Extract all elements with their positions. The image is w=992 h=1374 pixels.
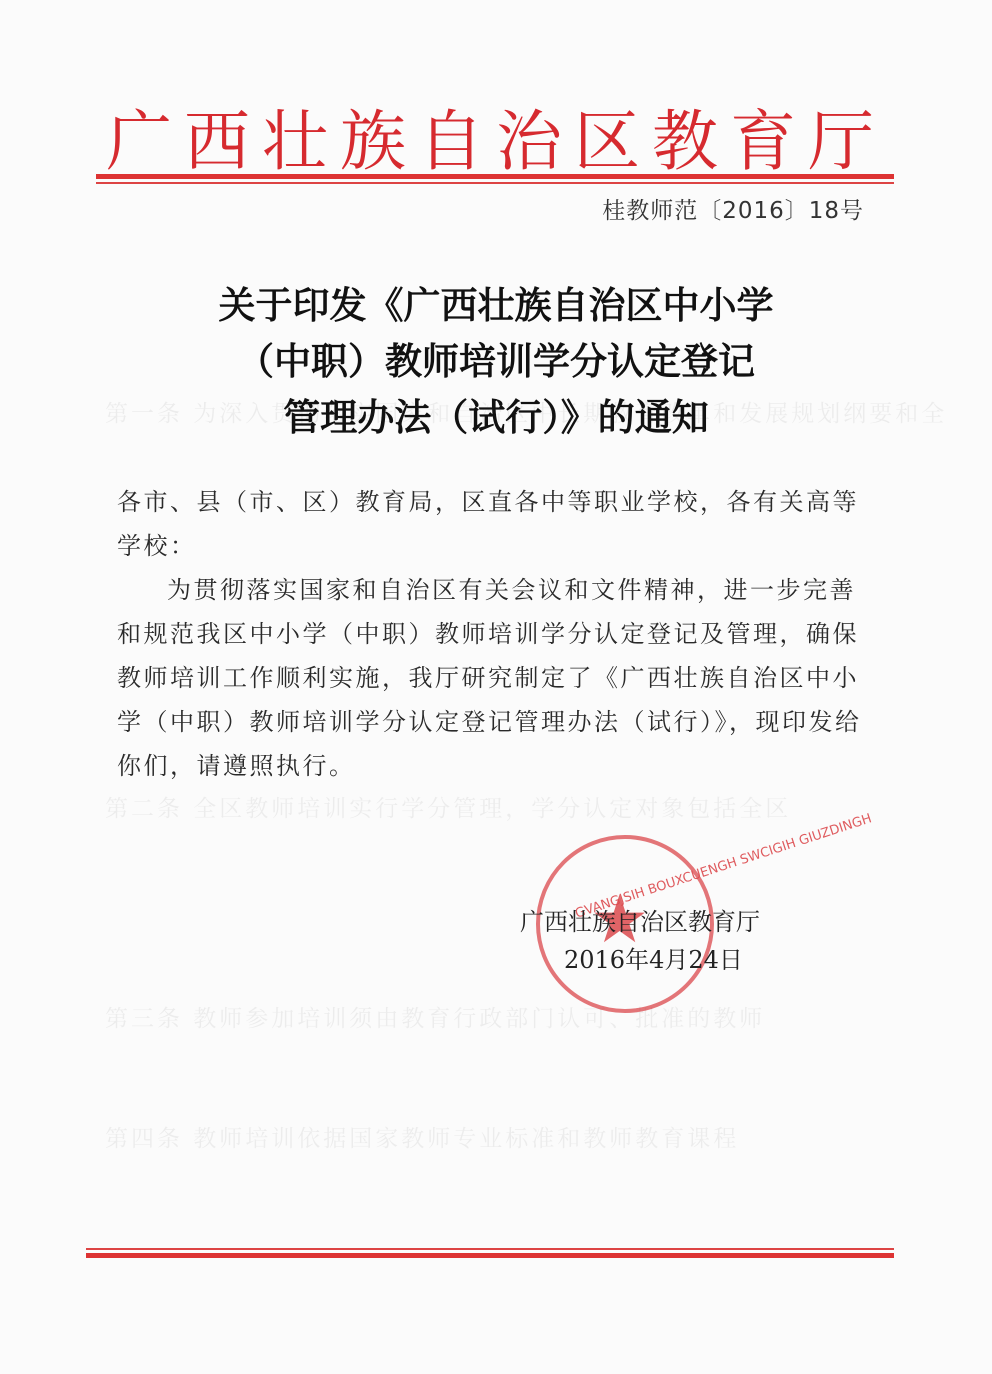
- bleed-through-text: 第四条 教师培训依据国家教师专业标准和教师教育课程: [105, 1120, 739, 1153]
- bottom-divider-thin: [86, 1248, 894, 1250]
- title-line: （中职）教师培训学分认定登记: [0, 333, 992, 389]
- document-number: 桂教师范〔2016〕18号: [602, 192, 864, 225]
- title-line: 关于印发《广西壮族自治区中小学: [0, 277, 992, 333]
- bleed-through-text: 第三条 教师参加培训须由教育行政部门认可、批准的教师: [105, 1000, 765, 1033]
- issue-date: 2016年4月24日: [520, 941, 760, 979]
- signature-block: 广西壮族自治区教育厅 2016年4月24日: [520, 903, 760, 979]
- addressee: 各市、县（市、区）教育局，区直各中等职业学校，各有关高等学校：: [117, 480, 872, 568]
- top-divider-thick: [96, 174, 894, 179]
- document-title: 关于印发《广西壮族自治区中小学 （中职）教师培训学分认定登记 管理办法（试行）》…: [0, 277, 992, 445]
- document-body: 各市、县（市、区）教育局，区直各中等职业学校，各有关高等学校： 为贯彻落实国家和…: [117, 480, 872, 788]
- top-divider-thin: [96, 182, 894, 184]
- title-line: 管理办法（试行）》的通知: [0, 389, 992, 445]
- issuer-name: 广西壮族自治区教育厅: [520, 903, 760, 941]
- masthead-title: 广西壮族自治区教育厅: [0, 88, 992, 183]
- bleed-through-text: 第二条 全区教师培训实行学分管理，学分认定对象包括全区: [105, 790, 791, 823]
- bottom-divider-thick: [86, 1253, 894, 1258]
- body-paragraph: 为贯彻落实国家和自治区有关会议和文件精神，进一步完善和规范我区中小学（中职）教师…: [117, 568, 872, 788]
